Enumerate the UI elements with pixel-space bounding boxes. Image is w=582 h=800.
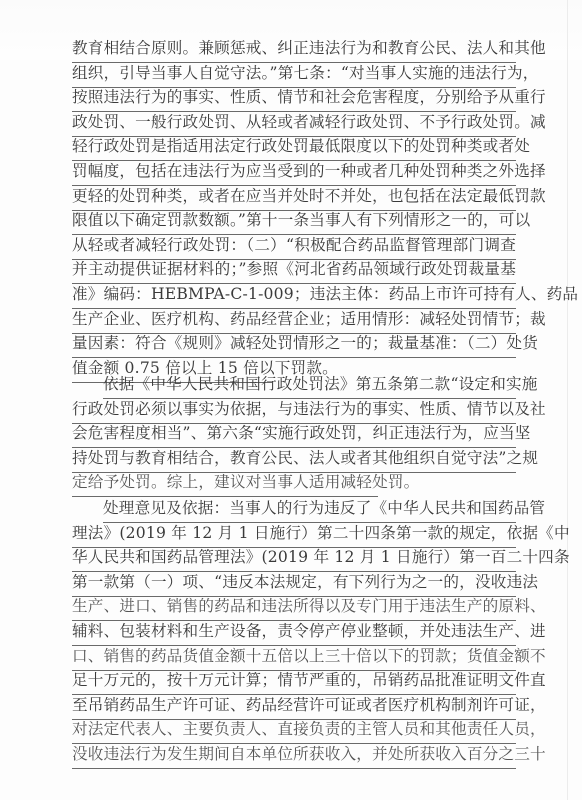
- text-line: 口、销售的药品货值金额十五倍以上三十倍以下的罚款；货值金额不: [72, 646, 516, 671]
- text-line: 轻行政处罚是指适用法定行政处罚最低限度以下的处罚种类或者处: [72, 136, 516, 161]
- text-line: 对法定代表人、主要负责人、直接负责的主管人员和其他责任人员，: [72, 719, 516, 744]
- text-line: 并主动提供证据材料的；”参照《河北省药品领域行政处罚裁量基: [72, 259, 516, 284]
- text-line: 生产企业、医疗机构、药品经营企业；适用情形：减轻处罚情节；裁: [72, 309, 516, 334]
- text-line: 理法》(2019 年 12 月 1 日施行）第二十四条第一款的规定，依据《中: [72, 523, 516, 548]
- text-line: 华人民共和国药品管理法》(2019 年 12 月 1 日施行）第一百二十四条: [72, 547, 516, 572]
- text-line: 没收违法行为发生期间自本单位所获收入，并处所获收入百分之三十: [72, 744, 516, 769]
- text-line: 准》编码：HEBMPA-C-1-009；违法主体：药品上市许可持有人、药品: [72, 284, 516, 309]
- text-line: 教育相结合原则。兼顾惩戒、纠正违法行为和教育公民、法人和其他: [72, 38, 516, 63]
- text-line: 持处罚与教育相结合，教育公民、法人或者其他组织自觉守法”之规: [72, 448, 516, 473]
- text-line: 生产、进口、销售的药品和违法所得以及专门用于违法生产的原料、: [72, 596, 516, 621]
- text-line: 政处罚、一般行政处罚、从轻或者减轻行政处罚、不予行政处罚。减: [72, 112, 516, 137]
- text-line: 足十万元的，按十万元计算；情节严重的，吊销药品批准证明文件直: [72, 670, 516, 695]
- text-line: 行政处罚必须以事实为依据，与违法行为的事实、性质、情节以及社: [72, 399, 516, 424]
- text-line: 组织，引导当事人自觉守法。”第七条：“对当事人实施的违法行为，: [72, 63, 516, 88]
- text-line: 至吊销药品生产许可证、药品经营许可证或者医疗机构制剂许可证，: [72, 695, 516, 720]
- text-line: 更轻的处罚种类，或者在应当并处时不并处，也包括在法定最低罚款: [72, 186, 516, 211]
- text-line: 第一款第（一）项、“违反本法规定，有下列行为之一的，没收违法: [72, 572, 516, 597]
- text-line: 辅料、包装材料和生产设备，责令停产停业整顿，并处违法生产、进: [72, 621, 516, 646]
- text-line: 按照违法行为的事实、性质、情节和社会危害程度，分别给予从重行: [72, 87, 516, 112]
- text-line: 罚幅度，包括在违法行为应当受到的一种或者几种处罚种类之外选择: [72, 161, 516, 186]
- text-line: 从轻或者减轻行政处罚：（二）“积极配合药品监督管理部门调查: [72, 235, 516, 260]
- page-right-edge: [567, 0, 568, 800]
- text-line: 限值以下确定罚款数额。”第十一条当事人有下列情形之一的，可以: [72, 210, 516, 235]
- text-line: 量因素：符合《规则》减轻处罚情形之一的；裁量基准：（二）处货: [72, 333, 516, 358]
- text-line: 依据《中华人民共和国行政处罚法》第五条第二款“设定和实施: [103, 374, 516, 399]
- text-line: 会危害程度相当”、第六条“实施行政处罚，纠正违法行为，应当坚: [72, 423, 516, 448]
- text-line: 处理意见及依据：当事人的行为违反了《中华人民共和国药品管: [103, 498, 516, 523]
- text-line: 定给予处罚。综上，建议对当事人适用减轻处罚。: [72, 472, 378, 497]
- scanned-document-page: 教育相结合原则。兼顾惩戒、纠正违法行为和教育公民、法人和其他 组织，引导当事人自…: [0, 0, 582, 800]
